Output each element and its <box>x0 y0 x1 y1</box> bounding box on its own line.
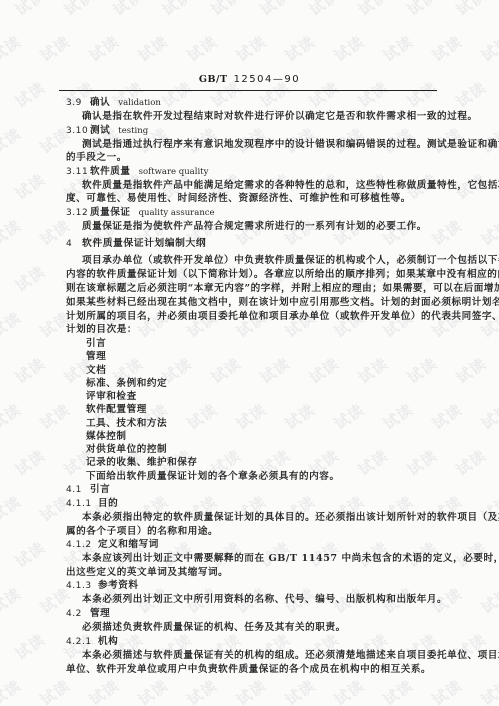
section-title-en: testing <box>118 126 148 136</box>
toc-item: 记录的收集、维护和保存 <box>86 457 457 469</box>
paragraph-line: 本条必须列出计划正文中所引用资料的名称、代号、编号、出版机构和出版年月。 <box>82 594 437 606</box>
paragraph-line: 的手段之一。 <box>66 152 437 164</box>
section-number: 4.1.3 <box>66 580 98 592</box>
document-page: GB/T12504—90 3.9确认validation 确认是指在软件开发过程… <box>0 0 499 706</box>
section-number: 4.1.2 <box>66 539 98 551</box>
paragraph-line: 则在该章标题之后必须注明“本章无内容”的字样，并附上相应的理由；如果需要，可以在… <box>66 283 437 295</box>
section-heading-4-1-3: 4.1.3参考资料 <box>66 580 437 592</box>
paragraph-line: 软件质量是指软件产品中能满足给定需求的各种特性的总和，这些特性称做质量特性，它包… <box>82 180 437 192</box>
section-title: 引言 <box>90 484 110 495</box>
section-number: 4.1 <box>66 484 90 496</box>
section-heading-4-1: 4.1引言 <box>66 484 437 496</box>
section-number: 3.10 <box>66 125 90 137</box>
chapter-title: 软件质量保证计划编制大纲 <box>82 238 206 249</box>
standard-header: GB/T12504—90 <box>0 74 499 85</box>
section-title-en: validation <box>118 98 161 108</box>
toc-item: 评审和检查 <box>86 391 457 403</box>
toc-item: 工具、技术和方法 <box>86 418 457 430</box>
section-number: 4.2.1 <box>66 636 98 648</box>
paragraph-line: 出这些定义的英文单词及其缩写词。 <box>66 567 437 579</box>
section-title: 管理 <box>90 608 110 619</box>
section-title: 软件质量 <box>90 166 131 177</box>
paragraph-line: 计划所属的项目名，并必须由项目委托单位和项目承办单位（或软件开发单位）的代表共同… <box>66 311 437 323</box>
paragraph-line: 本条应该列出计划正文中需要解释的而在 GB/T 11457 中尚未包含的术语的定… <box>82 553 437 565</box>
paragraph-line: 本条必须描述与软件质量保证有关的机构的组成。还必须清楚地描述来自项目委托单位、项… <box>82 650 437 662</box>
section-heading-3-9: 3.9确认validation <box>66 97 437 109</box>
section-heading-4-1-2: 4.1.2定义和缩写词 <box>66 539 437 551</box>
standard-code: 12504—90 <box>234 74 301 85</box>
toc-item: 对供货单位的控制 <box>86 444 457 456</box>
section-title: 测试 <box>90 125 110 136</box>
section-heading-4-2-1: 4.2.1机构 <box>66 636 437 648</box>
paragraph-line: 内容的软件质量保证计划（以下简称计划）。各章应以所给出的顺序排列；如果某章中没有… <box>66 269 437 281</box>
section-title: 参考资料 <box>98 580 139 591</box>
toc-item: 管理 <box>86 351 457 363</box>
standard-prefix: GB/T <box>199 74 228 85</box>
paragraph-line: 下面给出软件质量保证计划的各个章条必须具有的内容。 <box>86 471 457 483</box>
section-number: 3.11 <box>66 166 90 178</box>
paragraph-line: 本条必须指出特定的软件质量保证计划的具体目的。还必须指出该计划所针对的软件项目（… <box>82 512 437 524</box>
section-title-en: software quality <box>139 167 209 177</box>
section-number: 3.9 <box>66 97 90 109</box>
toc-item: 标准、条例和约定 <box>86 378 457 390</box>
section-number: 4.1.1 <box>66 498 98 510</box>
toc-item: 软件配置管理 <box>86 404 457 416</box>
paragraph-line: 计划的目次是： <box>66 324 437 336</box>
paragraph-line: 测试是指通过执行程序来有意识地发现程序中的设计错误和编码错误的过程。测试是验证和… <box>82 139 437 151</box>
section-title-en: quality assurance <box>139 208 215 218</box>
paragraph-line: 必须描述负责软件质量保证的机构、任务及其有关的职责。 <box>82 622 437 634</box>
toc-item: 引言 <box>86 338 457 350</box>
chapter-number: 4 <box>66 238 82 250</box>
section-number: 4.2 <box>66 608 90 620</box>
header-rule <box>59 90 437 91</box>
section-title: 机构 <box>98 636 118 647</box>
section-heading-4-2: 4.2管理 <box>66 608 437 620</box>
section-number: 3.12 <box>66 207 90 219</box>
paragraph-line: 属的各个子项目）的名称和用途。 <box>66 526 437 538</box>
section-heading-4-1-1: 4.1.1目的 <box>66 498 437 510</box>
section-heading-3-12: 3.12质量保证quality assurance <box>66 207 437 219</box>
section-title: 确认 <box>90 97 110 108</box>
toc-item: 文档 <box>86 365 457 377</box>
paragraph-line: 度、可靠性、易使用性、时间经济性、资源经济性、可维护性和可移植性等。 <box>66 193 437 205</box>
section-title: 质量保证 <box>90 207 131 218</box>
paragraph-line: 单位、软件开发单位或用户中负责软件质量保证的各个成员在机构中的相互关系。 <box>66 664 437 676</box>
paragraph-line: 确认是指在软件开发过程结束时对软件进行评价以确定它是否和软件需求相一致的过程。 <box>82 111 437 123</box>
section-heading-3-11: 3.11软件质量software quality <box>66 166 437 178</box>
chapter-heading-4: 4软件质量保证计划编制大纲 <box>66 238 437 250</box>
paragraph-line: 质量保证是指为使软件产品符合规定需求所进行的一系列有计划的必要工作。 <box>82 221 437 233</box>
section-title: 目的 <box>98 498 118 509</box>
paragraph-line: 项目承办单位（或软件开发单位）中负责软件质量保证的机构或个人，必须制订一个包括以… <box>82 255 437 267</box>
toc-item: 媒体控制 <box>86 431 457 443</box>
paragraph-line: 如果某些材料已经出现在其他文档中，则在该计划中应引用那些文档。计划的封面必须标明… <box>66 297 437 309</box>
section-title: 定义和缩写词 <box>98 539 159 550</box>
section-heading-3-10: 3.10测试testing <box>66 125 437 137</box>
